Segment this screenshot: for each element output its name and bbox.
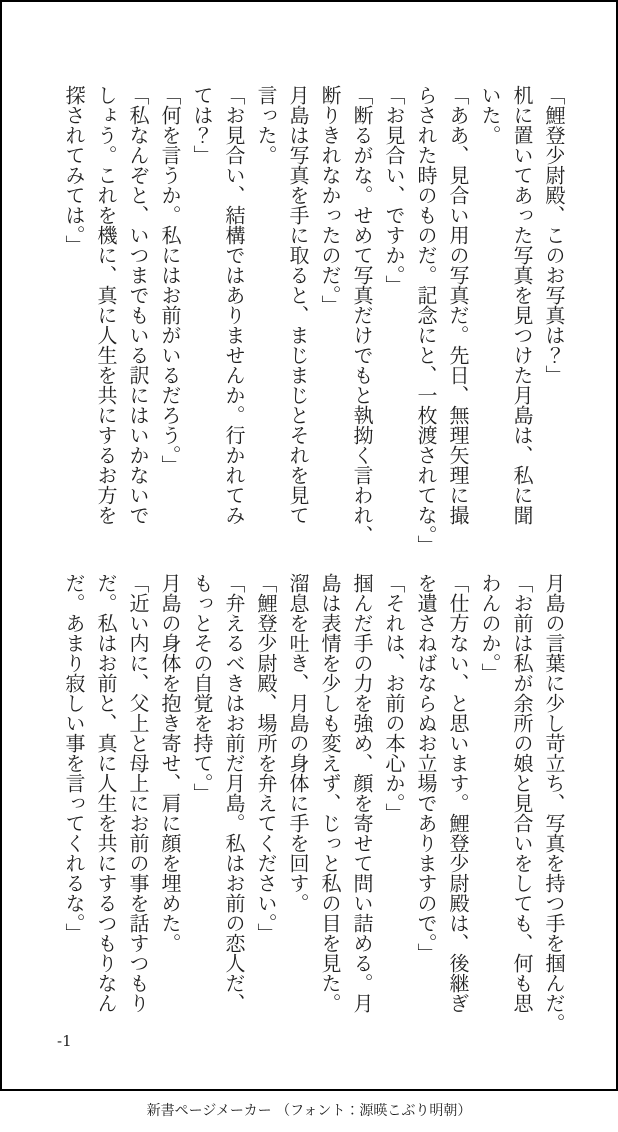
text-column: 島は表情を少しも変えず、じっと私の目を見た。 bbox=[314, 573, 346, 1033]
text-column: 「近い内に、父上と母上にお前の事を話すつもり bbox=[122, 573, 154, 1033]
text-column: わんのか。」 bbox=[474, 573, 506, 1033]
text-column: だ。私はお前と、真に人生を共にするつもりなん bbox=[90, 573, 122, 1033]
text-column: 月島は写真を手に取ると、まじまじとそれを見て bbox=[282, 85, 314, 555]
text-column: を遺さねばならぬお立場でありますので。」 bbox=[410, 573, 442, 1033]
text-column: 「断るがな。せめて写真だけでもと執拗く言われ、 bbox=[346, 85, 378, 555]
text-column: 「お見合い、ですか。」 bbox=[378, 85, 410, 555]
novel-page-image: 「鯉登少尉殿、このお写真は？」机に置いてあった写真を見つけた月島は、私に聞いた。… bbox=[0, 0, 618, 1132]
text-column: もっとその自覚を持て。」 bbox=[186, 573, 218, 1033]
footer-caption: 新書ページメーカー （フォント：源暎こぶり明朝） bbox=[0, 1100, 618, 1120]
page-number: -1 bbox=[57, 1032, 72, 1050]
text-column: 探されてみては。」 bbox=[58, 85, 90, 555]
text-column: 「何を言うか。私にはお前がいるだろう。」 bbox=[154, 85, 186, 555]
text-column: 言った。 bbox=[250, 85, 282, 555]
text-column: 「それは、お前の本心か。」 bbox=[378, 573, 410, 1033]
vertical-text-block-upper: 「鯉登少尉殿、このお写真は？」机に置いてあった写真を見つけた月島は、私に聞いた。… bbox=[58, 85, 570, 555]
page-border-frame: 「鯉登少尉殿、このお写真は？」机に置いてあった写真を見つけた月島は、私に聞いた。… bbox=[0, 0, 618, 1091]
text-column: 「弁えるべきはお前だ月島。私はお前の恋人だ、 bbox=[218, 573, 250, 1033]
text-column: ては？」 bbox=[186, 85, 218, 555]
text-column: 「ああ、見合い用の写真だ。先日、無理矢理に撮 bbox=[442, 85, 474, 555]
text-column: 「私なんぞと、いつまでもいる訳にはいかないで bbox=[122, 85, 154, 555]
text-column: 机に置いてあった写真を見つけた月島は、私に聞 bbox=[506, 85, 538, 555]
text-column: 断りきれなかったのだ。」 bbox=[314, 85, 346, 555]
text-column: 溜息を吐き、月島の身体に手を回す。 bbox=[282, 573, 314, 1033]
text-column: 掴んだ手の力を強め、顔を寄せて問い詰める。月 bbox=[346, 573, 378, 1033]
text-column: 「鯉登少尉殿、場所を弁えてください。」 bbox=[250, 573, 282, 1033]
text-column: 「仕方ない、と思います。鯉登少尉殿は、後継ぎ bbox=[442, 573, 474, 1033]
vertical-text-block-lower: 月島の言葉に少し苛立ち、写真を持つ手を掴んだ。「お前は私が余所の娘と見合いをして… bbox=[58, 573, 570, 1033]
text-column: らされた時のものだ。記念にと、一枚渡されてな。」 bbox=[410, 85, 442, 555]
text-column: いた。 bbox=[474, 85, 506, 555]
text-column: しょう。これを機に、真に人生を共にするお方を bbox=[90, 85, 122, 555]
text-column: 「鯉登少尉殿、このお写真は？」 bbox=[538, 85, 570, 555]
text-column: だ。あまり寂しい事を言ってくれるな。」 bbox=[58, 573, 90, 1033]
text-column: 月島の言葉に少し苛立ち、写真を持つ手を掴んだ。 bbox=[538, 573, 570, 1033]
text-column: 月島の身体を抱き寄せ、肩に顔を埋めた。 bbox=[154, 573, 186, 1033]
text-column: 「お前は私が余所の娘と見合いをしても、何も思 bbox=[506, 573, 538, 1033]
text-column: 「お見合い、結構ではありませんか。行かれてみ bbox=[218, 85, 250, 555]
